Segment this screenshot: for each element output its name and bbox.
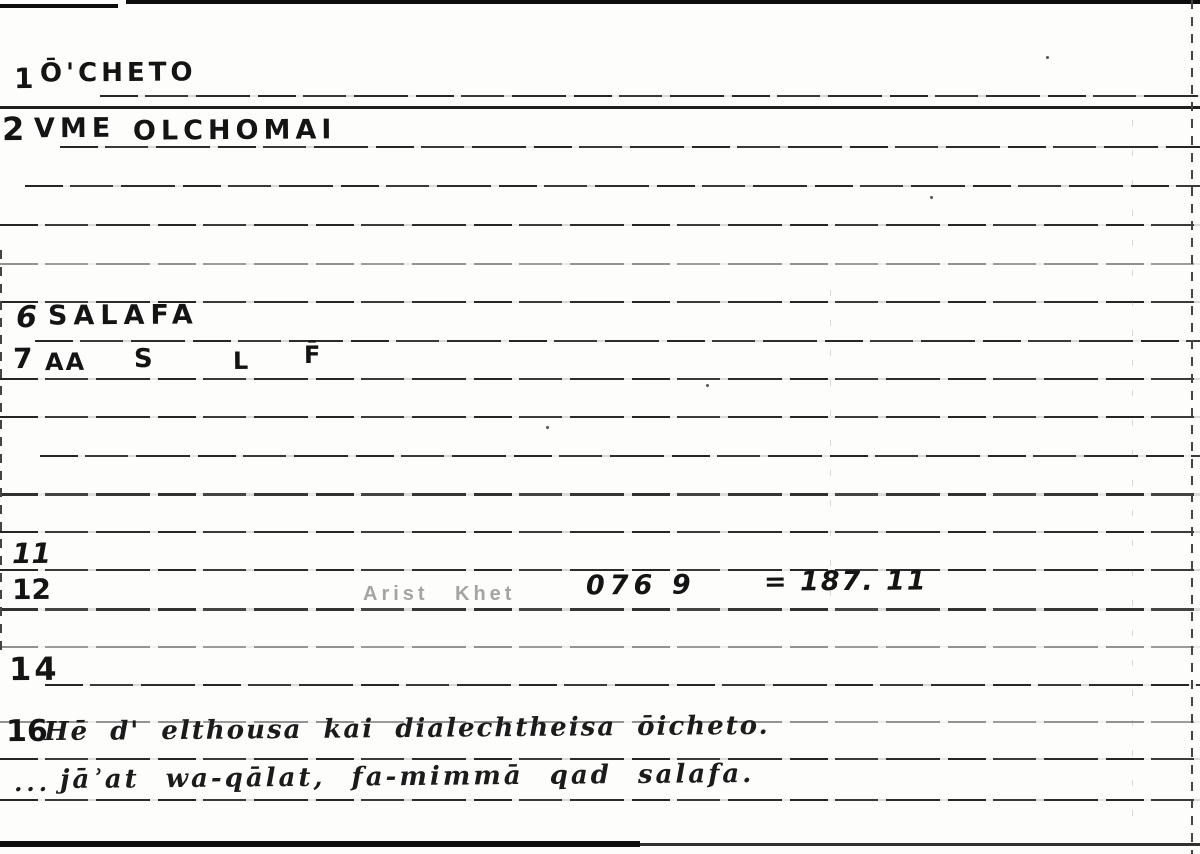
ruled-line bbox=[0, 799, 1200, 801]
line-number-7: 7 bbox=[13, 342, 33, 375]
ruled-line bbox=[0, 416, 1200, 418]
ruled-line bbox=[0, 224, 1200, 226]
entry-17-arabic-transliteration: jāʾat wa-qālat, fa-mimmā qad salafa. bbox=[60, 759, 754, 795]
ruled-line bbox=[100, 95, 1200, 97]
scanned-page: 1 Ō'CHETO 2 VME OLCHOMAI 6 SALAFA 7 AA S… bbox=[0, 0, 1200, 854]
entry-1-headword: Ō'CHETO bbox=[40, 57, 197, 88]
ruled-line bbox=[0, 646, 1200, 648]
line-number-1: 1 bbox=[14, 62, 34, 95]
bottom-border-left bbox=[0, 841, 640, 847]
scan-speck bbox=[546, 426, 549, 429]
ruled-line bbox=[0, 531, 1200, 533]
entry-12-reference-equals: = 187. 11 bbox=[764, 565, 928, 597]
top-border-right bbox=[126, 0, 1200, 4]
line-number-16: 16 bbox=[6, 714, 48, 749]
ruled-line bbox=[0, 378, 1200, 380]
line-number-12: 12 bbox=[12, 573, 51, 606]
entry-2-word-1: VME bbox=[34, 113, 115, 145]
entry-6-headword: SALAFA bbox=[48, 299, 199, 331]
scan-speck bbox=[706, 384, 709, 387]
vertical-crease bbox=[1132, 120, 1133, 836]
line-number-6: 6 bbox=[16, 300, 37, 335]
line-number-14: 14 bbox=[9, 650, 60, 688]
bottom-border-right bbox=[640, 843, 1200, 846]
ruled-line bbox=[40, 455, 1200, 457]
ruled-line bbox=[0, 608, 1200, 611]
entry-7-token-1: AA bbox=[45, 348, 86, 376]
entry-17-ellipsis: ... bbox=[14, 768, 51, 797]
ruled-line bbox=[45, 684, 1200, 686]
entry-7-token-3: L bbox=[233, 347, 248, 375]
entry-7-token-2: S bbox=[134, 344, 153, 374]
line-number-2: 2 bbox=[2, 110, 25, 148]
scan-speck bbox=[930, 196, 933, 199]
ruled-line bbox=[0, 493, 1200, 496]
ruled-line bbox=[35, 340, 1200, 342]
entry-16-greek-transliteration: Hē d' elthousa kai dialechtheisa ōicheto… bbox=[44, 711, 770, 747]
ruled-line bbox=[25, 185, 1200, 187]
line-number-11: 11 bbox=[12, 537, 51, 570]
faded-print-word-2: Khet bbox=[455, 583, 515, 606]
scan-speck bbox=[1046, 56, 1049, 59]
faded-print-word-1: Arist bbox=[363, 583, 429, 606]
entry-7-token-4: F̄ bbox=[304, 341, 321, 369]
top-border-left bbox=[0, 4, 118, 8]
entry-2-word-2: OLCHOMAI bbox=[133, 114, 337, 146]
ruled-line bbox=[60, 146, 1200, 148]
left-margin-line bbox=[0, 250, 2, 650]
ruled-line bbox=[0, 263, 1200, 265]
right-margin-line bbox=[1191, 0, 1193, 854]
entry-12-reference-number: 076 9 bbox=[586, 570, 696, 602]
ruled-line-heavy bbox=[0, 106, 1200, 109]
